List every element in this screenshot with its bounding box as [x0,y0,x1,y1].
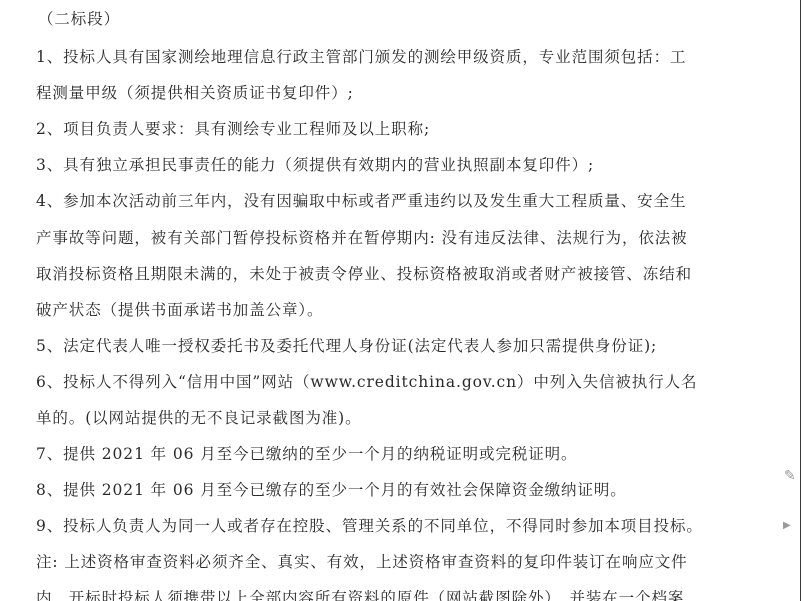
requirement-3: 3、具有独立承担民事责任的能力（须提供有效期内的营业执照副本复印件）; [36,155,594,175]
requirement-7: 7、提供 2021 年 06 月至今已缴纳的至少一个月的纳税证明或完税证明。 [36,444,577,464]
requirement-9: 9、投标人负责人为同一人或者存在控股、管理关系的不同单位，不得同时参加本项目投标… [36,516,703,536]
requirement-8: 8、提供 2021 年 06 月至今已缴存的至少一个月的有效社会保障资金缴纳证明… [36,480,627,500]
arrow-mark-icon: ▶ [783,520,791,531]
requirement-5: 5、法定代表人唯一授权委托书及委托代理人身份证(法定代表人参加只需提供身份证); [36,336,657,356]
requirement-1-line-1: 1、投标人具有国家测绘地理信息行政主管部门颁发的测绘甲级资质，专业范围须包括：工 [36,47,686,67]
note-line-2: 内，开标时投标人须携带以上全部内容所有资料的原件（网站截图除外），并装在一个档案 [36,588,684,601]
requirement-2: 2、项目负责人要求：具有测绘专业工程师及以上职称; [36,119,430,139]
page-edge-border [800,0,801,601]
handwritten-mark-icon: ✎ [784,468,796,484]
requirement-4-line-1: 4、参加本次活动前三年内，没有因骗取中标或者严重违约以及发生重大工程质量、安全生 [36,191,686,211]
note-line-1: 注: 上述资格审查资料必须齐全、真实、有效，上述资格审查资料的复印件装订在响应文… [36,552,688,572]
document-page: （二标段） 1、投标人具有国家测绘地理信息行政主管部门颁发的测绘甲级资质，专业范… [0,0,800,601]
section-title: （二标段） [38,9,120,29]
requirement-4-line-4: 破产状态（提供书面承诺书加盖公章）。 [36,300,323,320]
requirement-1-line-2: 程测量甲级（须提供相关资质证书复印件）; [36,83,354,103]
requirement-6-line-1: 6、投标人不得列入“信用中国”网站（www.creditchina.gov.cn… [36,372,697,392]
requirement-4-line-2: 产事故等问题，被有关部门暂停投标资格并在暂停期内: 没有违反法律、法规行为，依法… [36,228,688,248]
requirement-4-line-3: 取消投标资格且期限未满的，未处于被责令停业、投标资格被取消或者财产被接管、冻结和 [36,264,692,284]
requirement-6-line-2: 单的。(以网站提供的无不良记录截图为准)。 [36,408,362,428]
